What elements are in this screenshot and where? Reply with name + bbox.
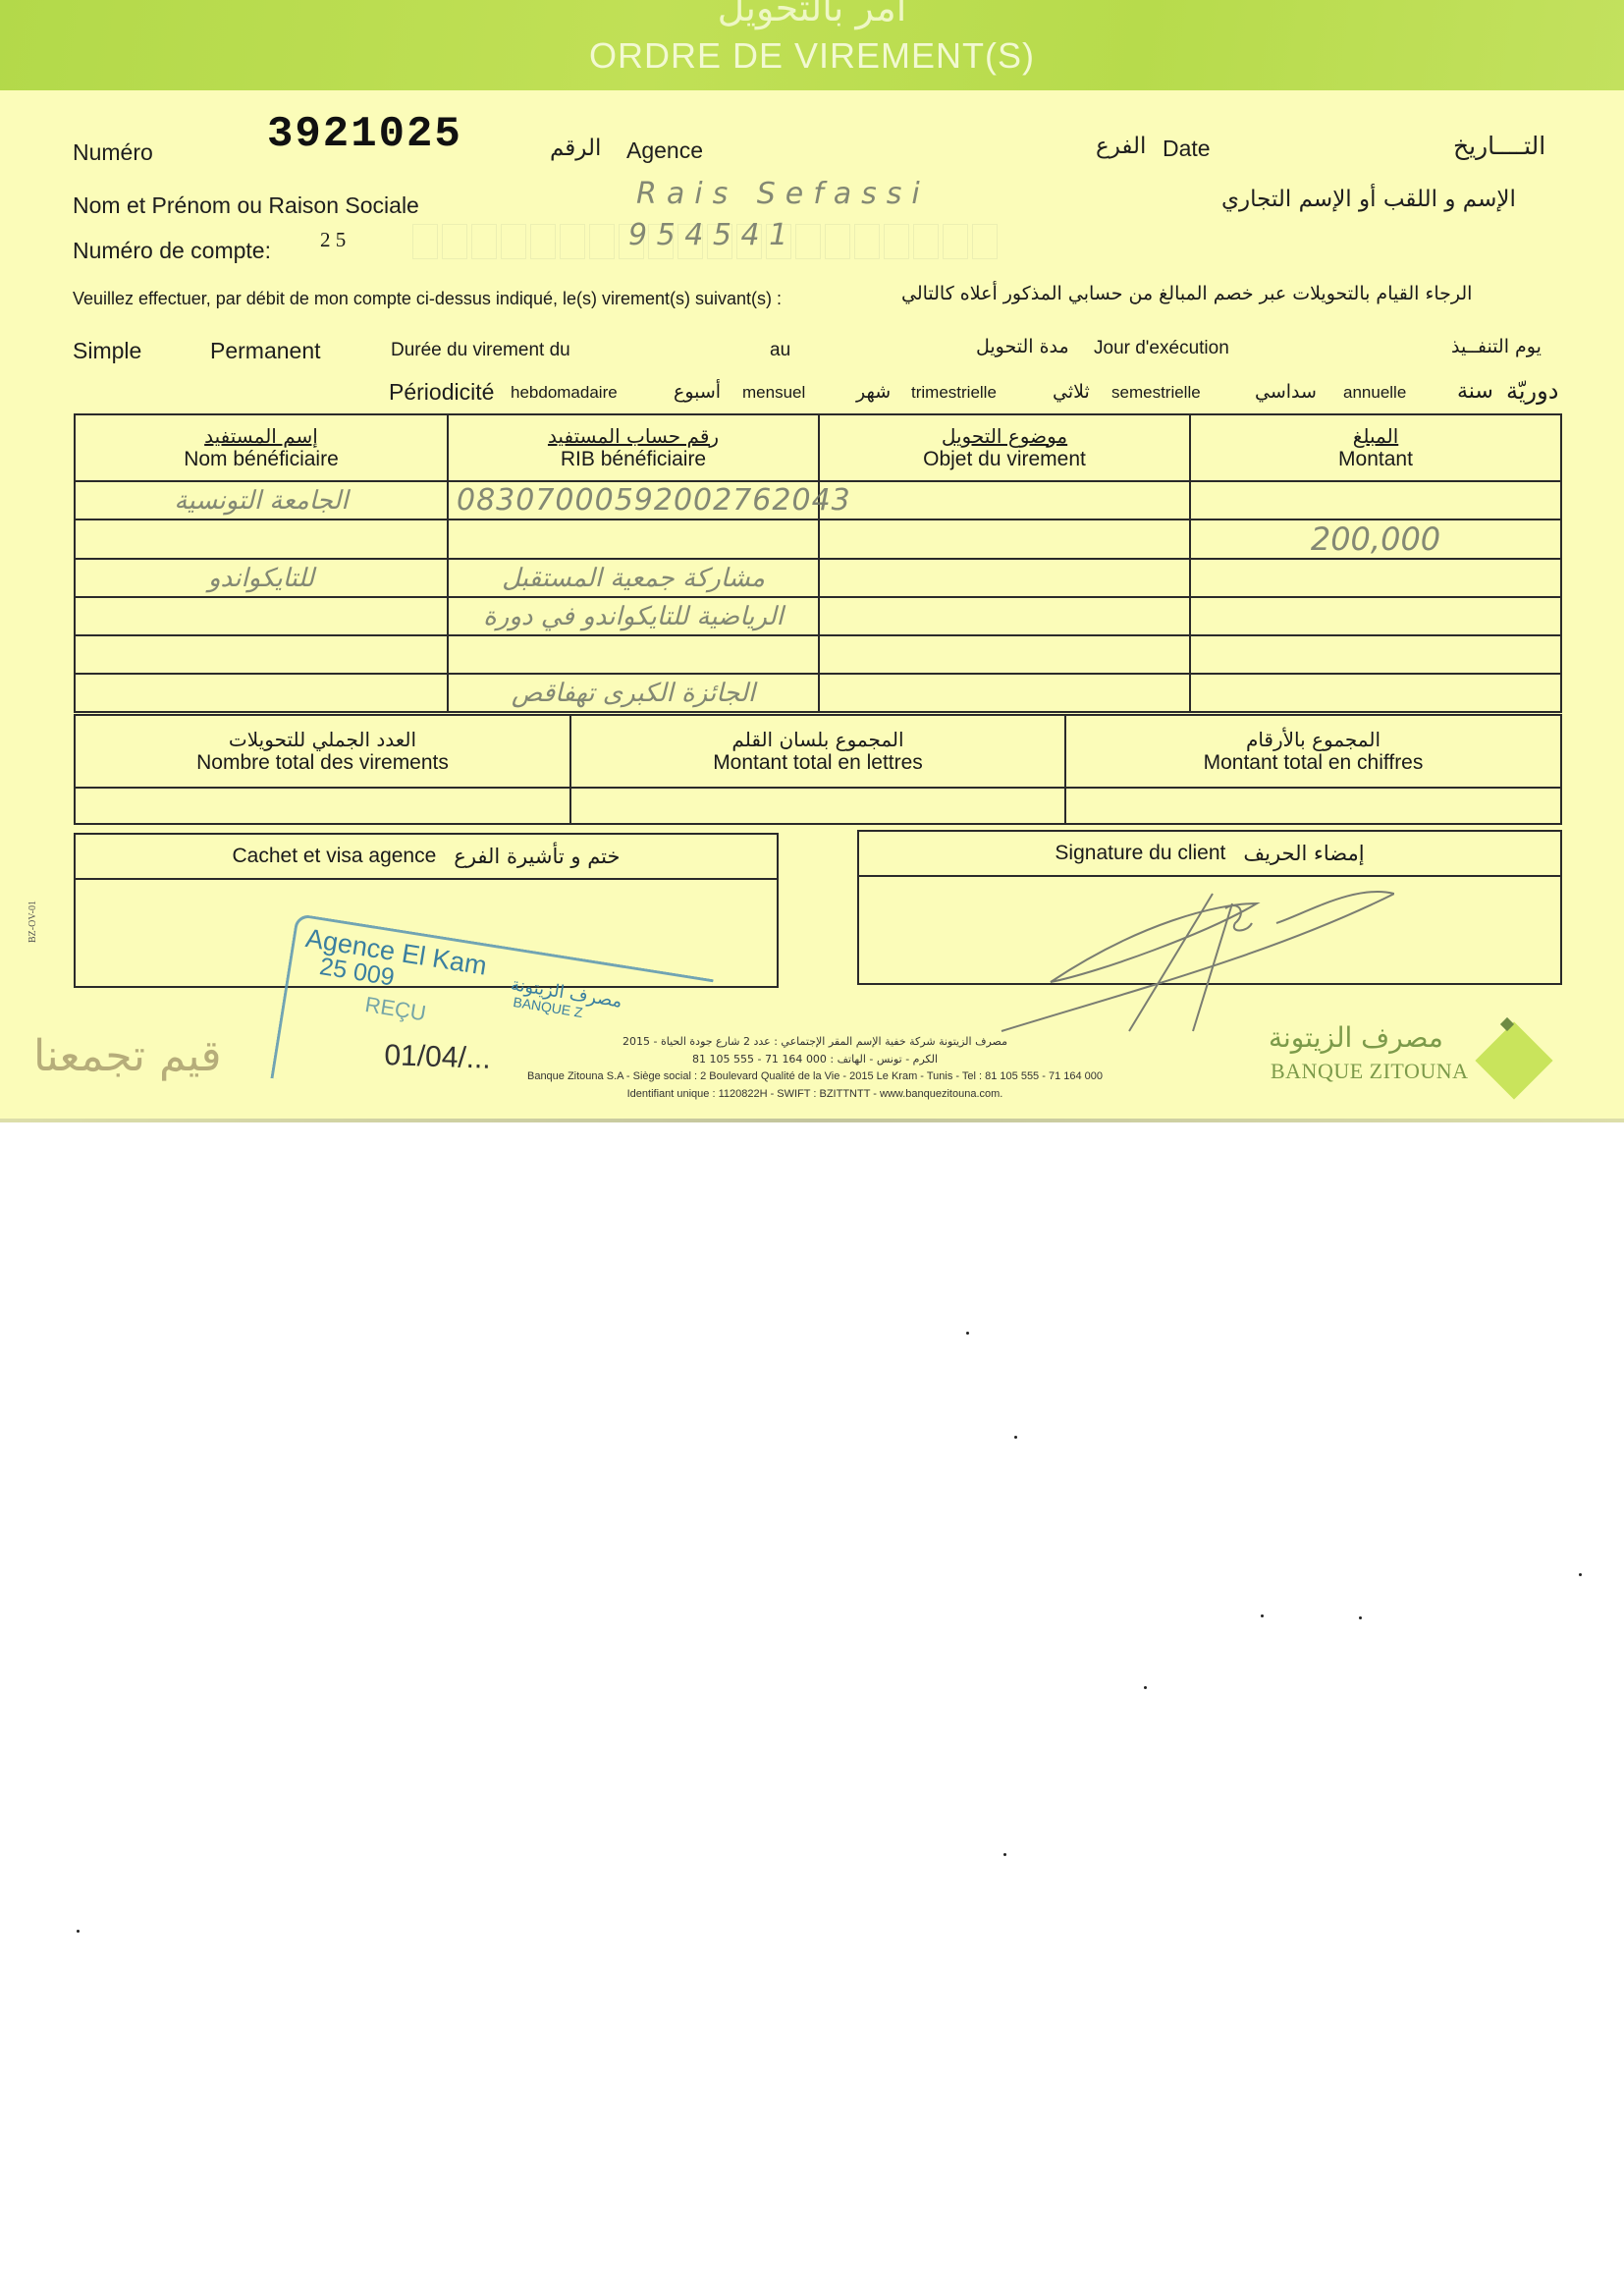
stamp-date: 01/04/... [384,1039,492,1076]
table-row: الجائزة الكبرى تهفاقص [75,674,1561,712]
beneficiary-table: إسم المستفيدNom bénéficiaire رقم حساب ال… [74,413,1562,713]
col-nombre-total: العدد الجملي للتحويلاتNombre total des v… [75,715,570,788]
option-mensuel-ar: شهر [856,381,891,403]
signature-label-fr: Signature du client [1055,842,1225,865]
olive-leaf-icon [1475,1021,1552,1099]
cell-rib[interactable] [448,519,819,559]
cell-rib[interactable]: مشاركة جمعية المستقبل [448,559,819,597]
banner-title-ar: أمر بالتحويل [0,0,1624,29]
cell-montant[interactable] [1190,635,1561,674]
bank-name-ar: مصرف الزيتونة [1269,1021,1443,1054]
agence-label: Agence [626,137,703,164]
option-semestrielle[interactable]: semestrielle [1111,383,1201,403]
banner-title-fr: ORDRE DE VIREMENT(S) [0,35,1624,77]
scan-speck [1261,1614,1264,1617]
footer-line-2: الكرم - تونس - الهاتف : 000 164 71 - 555… [511,1053,1119,1066]
jour-execution-label: Jour d'exécution [1094,338,1229,359]
transfer-order-form: أمر بالتحويل ORDRE DE VIREMENT(S) Numéro… [0,0,1624,1122]
col-montant-lettres: المجموع بلسان القلمMontant total en lett… [570,715,1065,788]
date-label: Date [1163,136,1211,162]
option-permanent[interactable]: Permanent [210,338,321,364]
option-simple[interactable]: Simple [73,338,141,364]
agence-label-ar: الفرع [1096,134,1146,159]
jour-execution-label-ar: يوم التنفــيذ [1451,336,1542,357]
cell-objet[interactable] [819,481,1190,519]
cell-rib[interactable] [448,635,819,674]
option-annuelle-ar: سنة [1457,379,1493,404]
footer-line-4: Identifiant unique : 1120822H - SWIFT : … [511,1088,1119,1100]
cell-nom[interactable]: الجامعة التونسية [75,481,448,519]
client-signature [982,864,1394,1041]
option-semestrielle-ar: سداسي [1255,381,1317,403]
table-row: 200,000 [75,519,1561,559]
numero-label: Numéro [73,139,153,166]
title-banner: أمر بالتحويل ORDRE DE VIREMENT(S) [0,0,1624,90]
option-trimestrielle-ar: ثلاثي [1053,381,1090,403]
cell-montant[interactable] [1190,559,1561,597]
table-row: الجامعة التونسية 08307000592002762043 [75,481,1561,519]
date-label-ar: التــــاريخ [1453,132,1545,160]
table-row [75,635,1561,674]
cell-montant[interactable]: 200,000 [1190,519,1561,559]
cell-objet[interactable] [819,674,1190,712]
option-hebdomadaire[interactable]: hebdomadaire [511,383,618,403]
account-label: Numéro de compte: [73,238,271,264]
cell-nom[interactable] [75,635,448,674]
cell-objet[interactable] [819,597,1190,635]
scan-speck [1579,1573,1582,1576]
cachet-label-fr: Cachet et visa agence [233,845,437,868]
montant-chiffres-value[interactable] [1065,788,1561,824]
footer-line-3: Banque Zitouna S.A - Siège social : 2 Bo… [511,1070,1119,1082]
instruction-fr: Veuillez effectuer, par débit de mon com… [73,289,782,309]
name-value[interactable]: Rais Sefassi [636,177,930,211]
totals-value-row [75,788,1561,824]
nombre-total-value[interactable] [75,788,570,824]
cell-montant[interactable] [1190,597,1561,635]
col-rib-beneficiaire: رقم حساب المستفيدRIB bénéficiaire [448,414,819,481]
totals-header-row: العدد الجملي للتحويلاتNombre total des v… [75,715,1561,788]
periodicite-label: Périodicité [389,379,494,406]
option-mensuel[interactable]: mensuel [742,383,805,403]
cell-nom[interactable] [75,519,448,559]
scan-speck [1003,1853,1006,1856]
form-code: BZ-OV-01 [27,901,38,943]
name-label: Nom et Prénom ou Raison Sociale [73,192,419,219]
totals-table: العدد الجملي للتحويلاتNombre total des v… [74,714,1562,825]
cell-rib[interactable]: 08307000592002762043 [448,481,819,519]
signature-label-ar: إمضاء الحريف [1243,842,1364,865]
duree-label-ar: مدة التحويل [976,336,1069,357]
cell-montant[interactable] [1190,481,1561,519]
au-label: au [770,340,790,361]
instruction-ar: الرجاء القيام بالتحويلات عبر خصم المبالغ… [901,283,1472,304]
scan-speck [1014,1436,1017,1439]
numero-label-ar: الرقم [550,136,601,161]
cell-montant[interactable] [1190,674,1561,712]
scan-speck [1144,1686,1147,1689]
cell-objet[interactable] [819,559,1190,597]
col-nom-beneficiaire: إسم المستفيدNom bénéficiaire [75,414,448,481]
bank-name-fr: BANQUE ZITOUNA [1271,1059,1469,1084]
table-row: للتايكواندو مشاركة جمعية المستقبل [75,559,1561,597]
cell-objet[interactable] [819,519,1190,559]
scan-speck [966,1332,969,1335]
montant-lettres-value[interactable] [570,788,1065,824]
cell-objet[interactable] [819,635,1190,674]
account-prefix: 2 5 [320,228,346,252]
col-montant-chiffres: المجموع بالأرقامMontant total en chiffre… [1065,715,1561,788]
option-hebdomadaire-ar: أسبوع [674,381,721,403]
option-trimestrielle[interactable]: trimestrielle [911,383,997,403]
cell-nom[interactable]: للتايكواندو [75,559,448,597]
duree-label: Durée du virement du [391,340,570,361]
table-row: الرياضية للتايكواندو في دورة [75,597,1561,635]
cell-rib[interactable]: الجائزة الكبرى تهفاقص [448,674,819,712]
cell-rib[interactable]: الرياضية للتايكواندو في دورة [448,597,819,635]
footer-line-1: مصرف الزيتونة شركة خفية الإسم المقر الإج… [511,1035,1119,1048]
account-value[interactable]: 9 5 4 5 4 1 [628,218,787,252]
col-objet-virement: موضوع التحويلObjet du virement [819,414,1190,481]
cell-nom[interactable] [75,597,448,635]
scan-speck [1359,1616,1362,1619]
cell-nom[interactable] [75,674,448,712]
slogan: قيم تجمعنا [33,1031,222,1081]
option-annuelle[interactable]: annuelle [1343,383,1406,403]
bank-logo: مصرف الزيتونة BANQUE ZITOUNA [1269,1021,1583,1100]
numero-value: 3921025 [267,110,462,159]
col-montant: المبلغMontant [1190,414,1561,481]
name-label-ar: الإسم و اللقب أو الإسم التجاري [1221,187,1516,212]
cachet-label-ar: ختم و تأشيرة الفرع [454,845,620,868]
table-header-row: إسم المستفيدNom bénéficiaire رقم حساب ال… [75,414,1561,481]
periodicite-label-ar: دوريّة [1506,377,1558,405]
scan-speck [77,1930,80,1933]
